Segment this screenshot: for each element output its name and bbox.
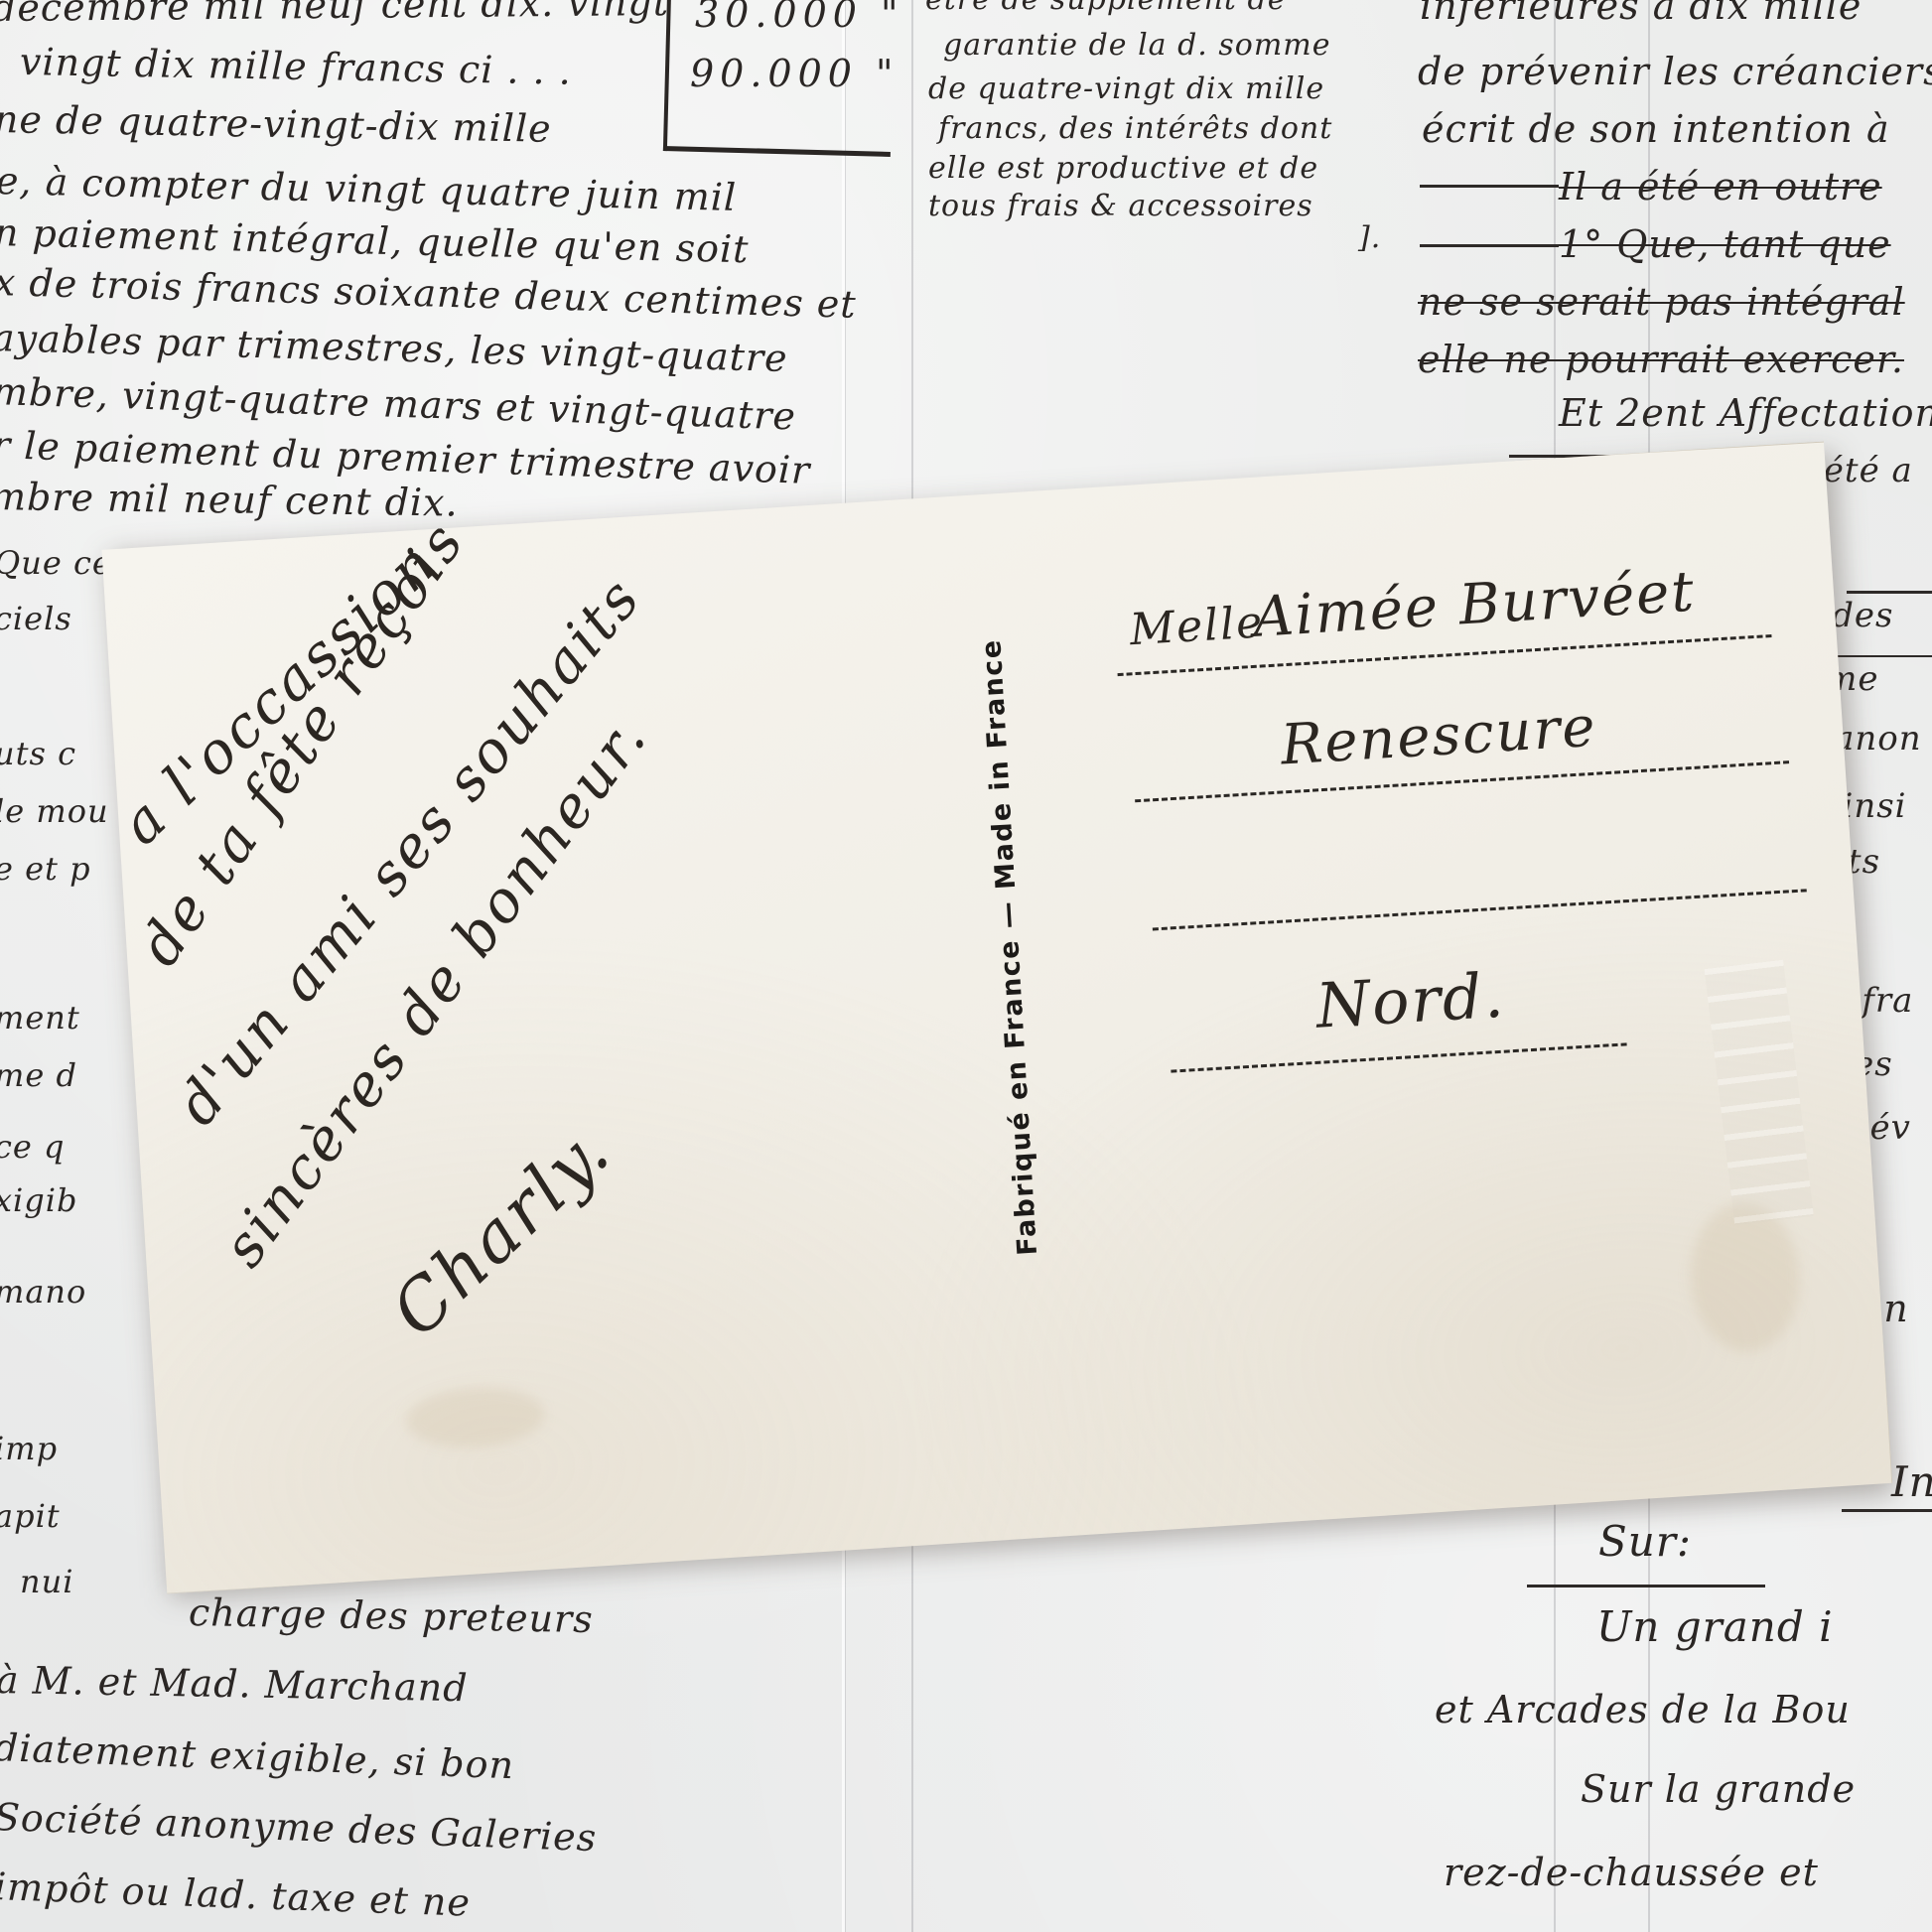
manuscript-fragment: e et p (0, 850, 91, 888)
manuscript-line: écrit de son intention à (1422, 107, 1890, 151)
address-title: Melle (1128, 597, 1265, 655)
address-name: Aimée Burvéet (1252, 560, 1698, 650)
signature: Charly. (376, 1109, 626, 1352)
manuscript-line: francs, des intérêts dont (938, 111, 1332, 146)
manuscript-fragment: imp (0, 1430, 58, 1467)
manuscript-heading: Sur: (1598, 1517, 1692, 1566)
manuscript-line: diatement exigible, si bon (0, 1725, 515, 1787)
manuscript-fragment: xigib (0, 1181, 77, 1219)
manuscript-line: charge des preteurs (189, 1590, 594, 1641)
manuscript-line: ne de quatre-vingt-dix mille (0, 97, 552, 151)
struck-line: ne se serait pas intégral (1418, 280, 1905, 324)
strike-leader (1420, 244, 1559, 247)
postcard: a l'occassion de ta fête reçois d'un ami… (94, 441, 1893, 1594)
manuscript-line: n paiement intégral, quelle qu'en soit (0, 210, 750, 271)
manuscript-line: à M. et Mad. Marchand (0, 1658, 469, 1710)
address-town: Renescure (1279, 695, 1598, 778)
manuscript-fragment: mano (0, 1273, 86, 1311)
struck-line: 1° Que, tant que (1559, 222, 1891, 266)
manuscript-line: ayables par trimestres, les vingt-quatre (0, 316, 788, 380)
manuscript-fragment: le mou (0, 792, 109, 830)
age-stain (404, 1384, 546, 1451)
manuscript-line: e, à compter du vingt quatre juin mil (0, 159, 738, 219)
address-region: Nord. (1314, 959, 1508, 1042)
address-line-4 (1171, 1042, 1626, 1072)
manuscript-line: et Arcades de la Bou (1435, 1688, 1851, 1731)
manuscript-line: elle est productive et de (928, 151, 1318, 186)
divider-printed-text: Fabriqué en France — Made in France (976, 638, 1043, 1257)
strike-leader (1420, 185, 1559, 188)
underline (1842, 1509, 1932, 1512)
manuscript-line: être de supplément de (925, 0, 1286, 17)
manuscript-line: de prévenir les créanciers (1418, 50, 1932, 93)
manuscript-line: décembre mil neuf cent dix. vingt (0, 0, 669, 30)
manuscript-line: Un grand i (1596, 1602, 1834, 1651)
amount-value: 30.000 " (695, 0, 904, 36)
manuscript-line: mbre mil neuf cent dix. (0, 475, 459, 525)
manuscript-fragment: nui (20, 1563, 73, 1600)
manuscript-fragment: me d (0, 1056, 77, 1094)
manuscript-line: Et 2ent Affectation (1559, 391, 1932, 435)
manuscript-line: Sur la grande (1581, 1767, 1856, 1811)
manuscript-line: ]. (1358, 220, 1381, 255)
manuscript-line: rez-de-chaussée et (1444, 1851, 1819, 1894)
manuscript-fragment: ce q (0, 1128, 66, 1166)
manuscript-fragment: uts c (0, 735, 76, 772)
address-line-3 (1153, 889, 1807, 930)
manuscript-fragment: apit (0, 1497, 61, 1535)
manuscript-line: tous frais & accessoires (928, 189, 1313, 223)
amount-total: 90.000 " (690, 52, 899, 95)
struck-line: elle ne pourrait exercer. (1418, 338, 1904, 381)
manuscript-line: impôt ou lad. taxe et ne (0, 1864, 472, 1925)
manuscript-fragment: ment (0, 999, 80, 1036)
underline (1527, 1585, 1765, 1587)
embossed-stamp-mark (1705, 960, 1814, 1226)
struck-line: Il a été en outre (1559, 165, 1882, 208)
manuscript-fragment: In (1891, 1457, 1932, 1506)
underline (1847, 591, 1932, 594)
manuscript-line: inférieures à dix mille (1420, 0, 1862, 28)
manuscript-line: garantie de la d. somme (943, 28, 1330, 63)
manuscript-fragment: ciels (0, 600, 72, 637)
manuscript-line: Société anonyme des Galeries (0, 1795, 598, 1860)
manuscript-line: de quatre-vingt dix mille (928, 71, 1324, 106)
manuscript-line: vingt dix mille francs ci . . . (20, 40, 573, 93)
